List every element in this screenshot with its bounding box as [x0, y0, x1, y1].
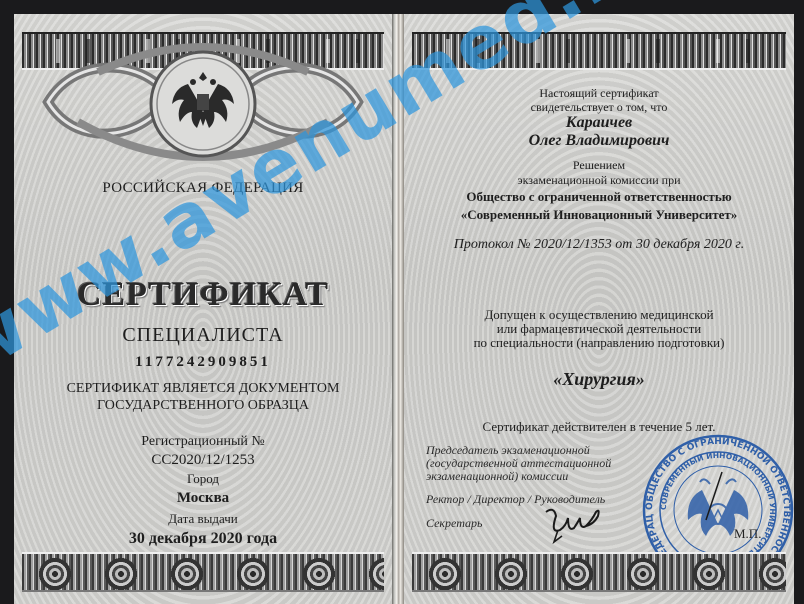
admission-line2: или фармацевтической деятельности: [404, 322, 794, 336]
commission-chair-label: Председатель экзаменационной (государств…: [426, 444, 611, 483]
state-document-note-line1: СЕРТИФИКАТ ЯВЛЯЕТСЯ ДОКУМЕНТОМ: [54, 380, 352, 397]
certificate-number: 1177242909851: [14, 354, 392, 371]
organization-name: Общество с ограниченной ответственностью…: [404, 188, 794, 224]
ribbon-banner-with-emblem: [38, 42, 368, 172]
secretary-label: Секретарь: [426, 516, 482, 531]
guilloche-top-border: [412, 32, 786, 70]
guilloche-bottom-border: [412, 552, 786, 592]
chair-line3: экзаменационной) комиссии: [426, 470, 611, 483]
admission-line1: Допущен к осуществлению медицинской: [404, 308, 794, 322]
organization-line1: Общество с ограниченной ответственностью: [404, 188, 794, 206]
decision-text: Решением экзаменационной комиссии при: [404, 158, 794, 188]
state-document-note-line2: ГОСУДАРСТВЕННОГО ОБРАЗЦА: [54, 397, 352, 414]
certificate-title: СЕРТИФИКАТ: [14, 276, 392, 314]
issue-date-value: 30 декабря 2020 года: [14, 530, 392, 548]
left-page: РОССИЙСКАЯ ФЕДЕРАЦИЯ СЕРТИФИКАТ СПЕЦИАЛИ…: [14, 14, 392, 604]
right-page: Настоящий сертификат свидетельствует о т…: [404, 14, 794, 604]
decision-line2: экзаменационной комиссии при: [404, 173, 794, 188]
admission-text: Допущен к осуществлению медицинской или …: [404, 308, 794, 350]
issue-date-label: Дата выдачи: [14, 511, 392, 527]
stamp-place-label: М.П.: [734, 526, 761, 542]
decision-line1: Решением: [404, 158, 794, 173]
certificate-photo: РОССИЙСКАЯ ФЕДЕРАЦИЯ СЕРТИФИКАТ СПЕЦИАЛИ…: [0, 0, 804, 604]
secretary-signature: [540, 504, 610, 544]
certificate-subtitle: СПЕЦИАЛИСТА: [14, 324, 392, 347]
country-name: РОССИЙСКАЯ ФЕДЕРАЦИЯ: [14, 180, 392, 197]
holder-given-names: Олег Владимирович: [404, 132, 794, 150]
intro-text: Настоящий сертификат свидетельствует о т…: [404, 86, 794, 114]
protocol-reference: Протокол № 2020/12/1353 от 30 декабря 20…: [404, 237, 794, 253]
holder-surname: Караичев: [404, 114, 794, 132]
organization-line2: «Современный Инновационный Университет»: [404, 206, 794, 224]
book-spine-cord: [392, 14, 404, 604]
admission-line3: по специальности (направлению подготовки…: [404, 336, 794, 350]
intro-line1: Настоящий сертификат: [404, 86, 794, 100]
city-value: Москва: [14, 490, 392, 507]
state-document-note: СЕРТИФИКАТ ЯВЛЯЕТСЯ ДОКУМЕНТОМ ГОСУДАРСТ…: [14, 380, 392, 414]
city-label: Город: [14, 471, 392, 487]
holder-name: Караичев Олег Владимирович: [404, 114, 794, 150]
guilloche-bottom-border: [22, 552, 384, 592]
intro-line2: свидетельствует о том, что: [404, 100, 794, 114]
specialty-name: «Хирургия»: [404, 369, 794, 390]
registration-label: Регистрационный №: [14, 434, 392, 450]
registration-number: СС2020/12/1253: [14, 452, 392, 469]
